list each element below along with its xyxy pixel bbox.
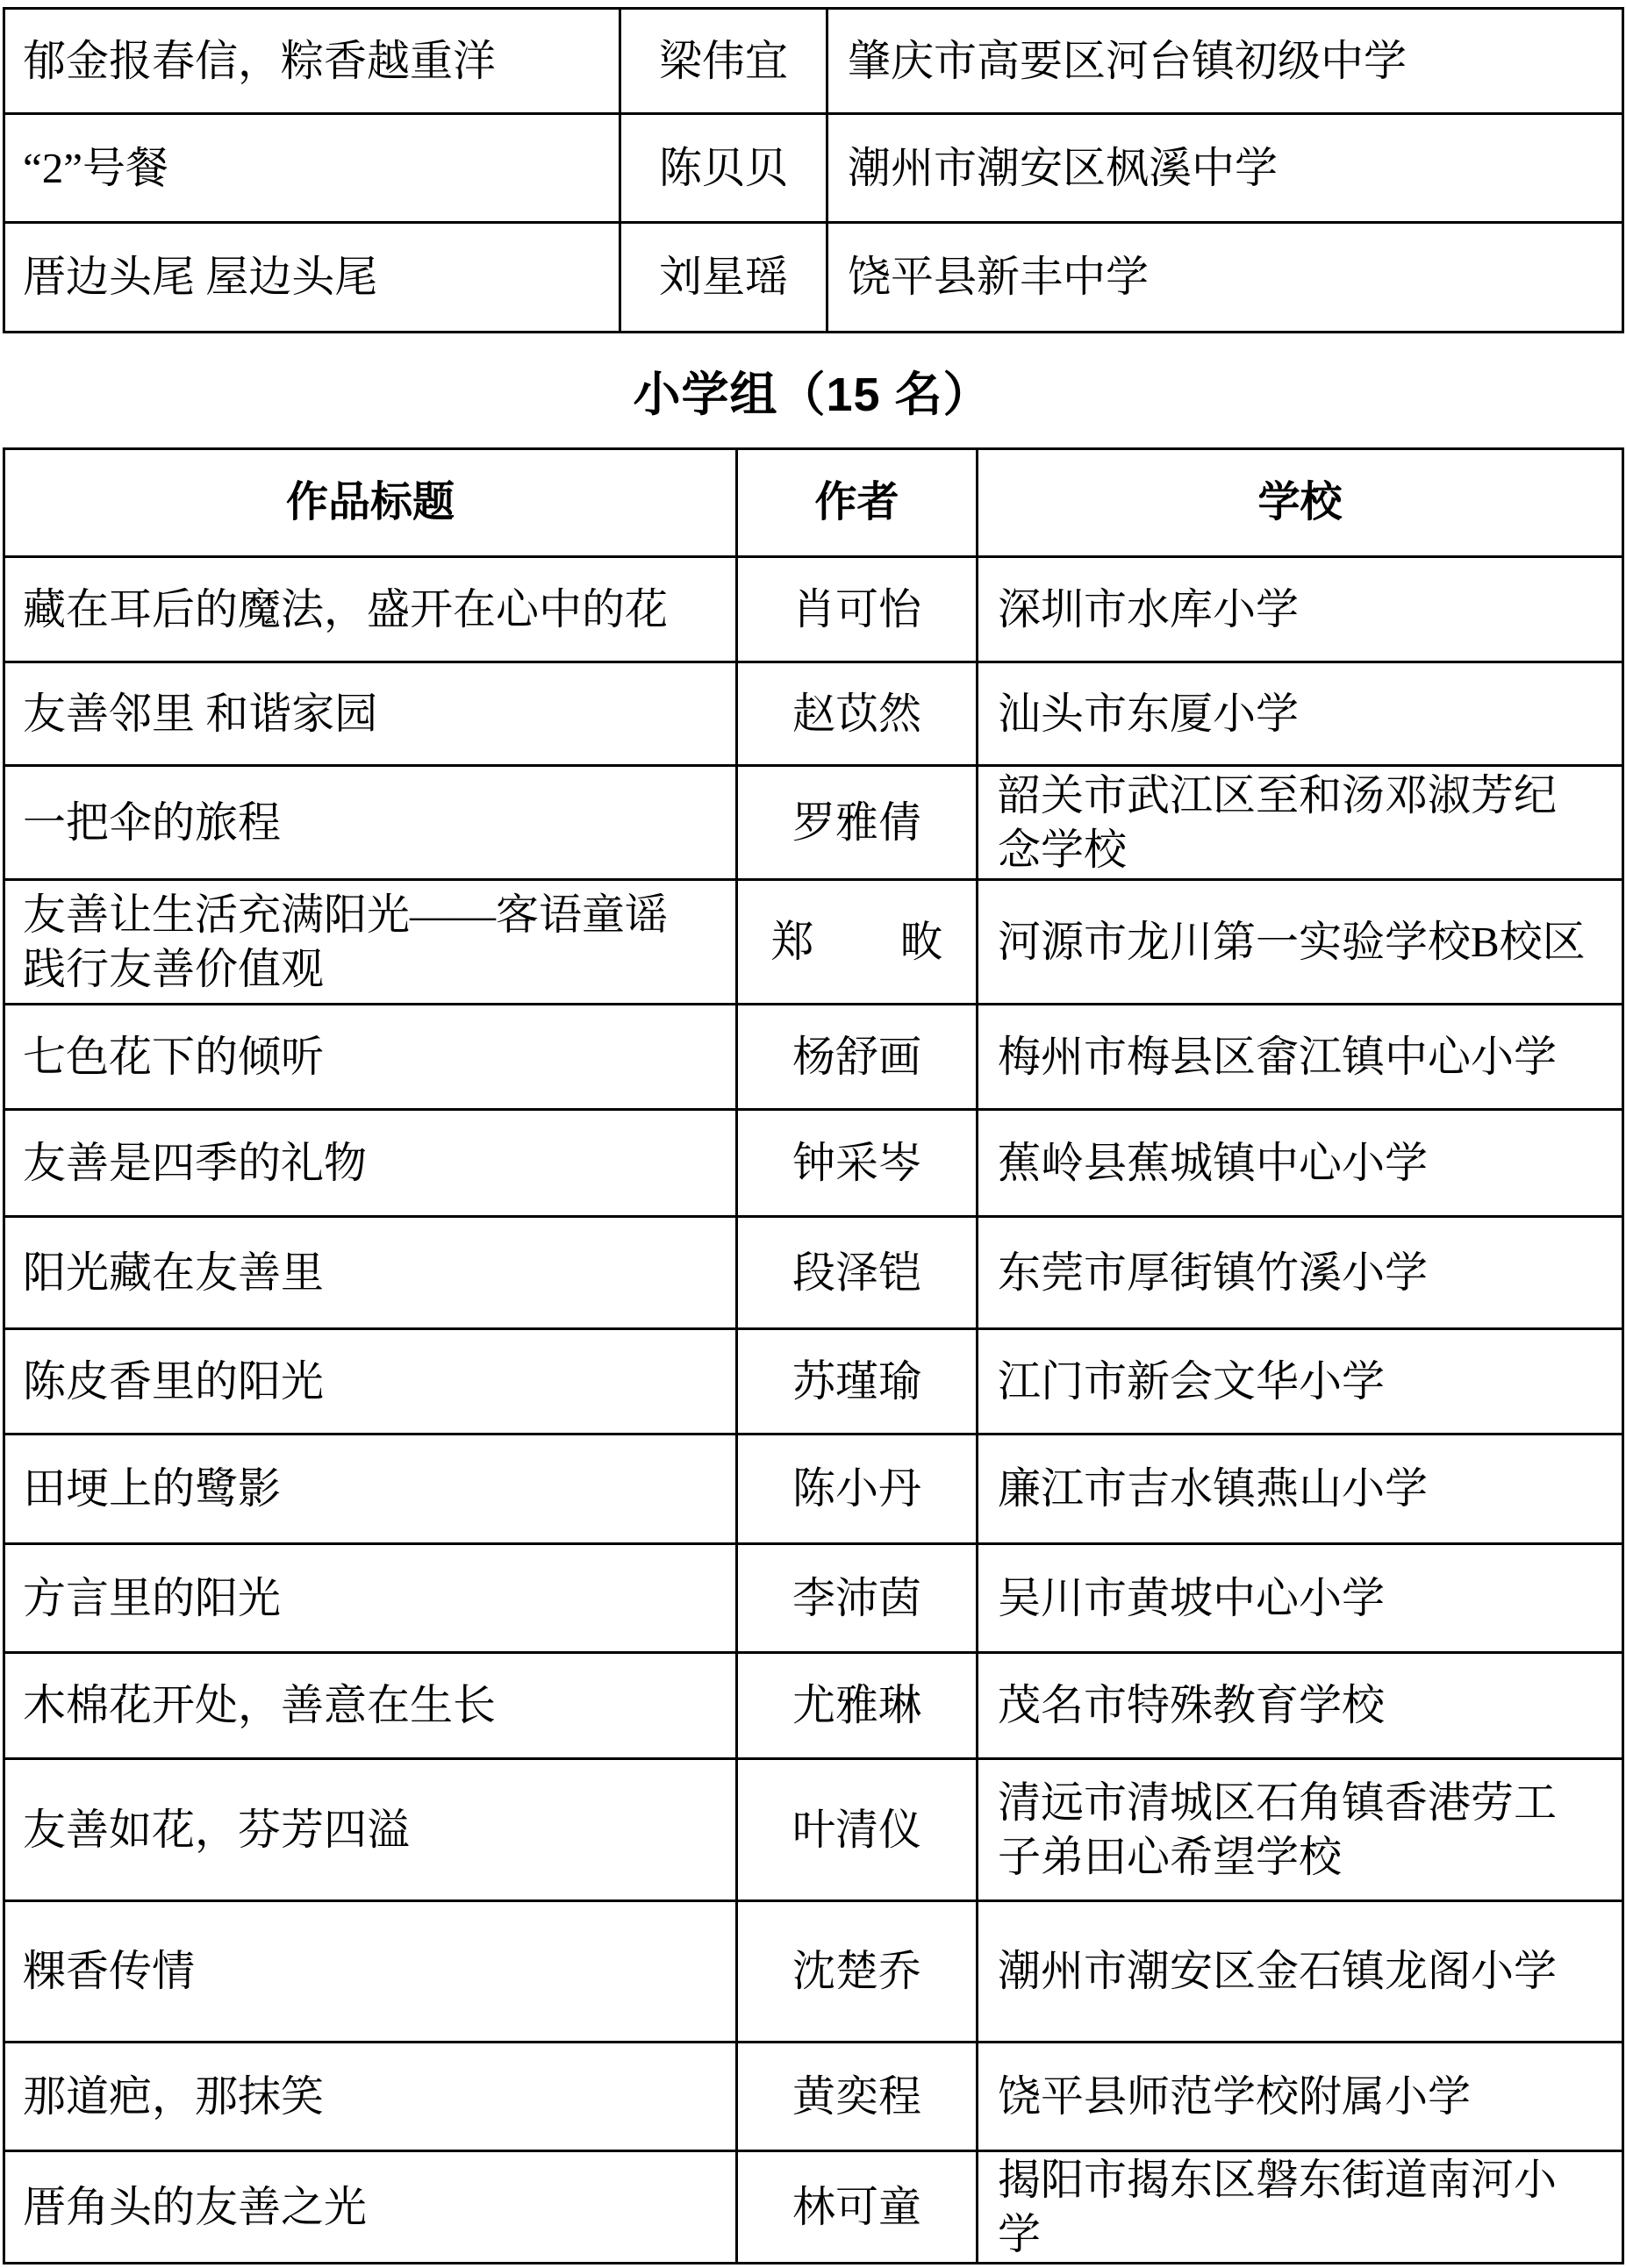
table-row: “2”号餐 陈贝贝 潮州市潮安区枫溪中学	[4, 114, 1623, 223]
school-cell: 揭阳市揭东区磐东街道南河小学	[978, 2151, 1623, 2264]
author-cell: 杨舒画	[737, 1005, 978, 1110]
table-row: 友善邻里 和谐家园 赵苡然 汕头市东厦小学	[4, 662, 1623, 766]
author-cell: 陈小丹	[737, 1434, 978, 1544]
section-title: 小学组（15 名）	[3, 333, 1622, 447]
table-row: 田埂上的鹭影 陈小丹 廉江市吉水镇燕山小学	[4, 1434, 1623, 1544]
table-row: 阳光藏在友善里 段泽铠 东莞市厚街镇竹溪小学	[4, 1217, 1623, 1329]
school-cell: 河源市龙川第一实验学校B校区	[978, 880, 1623, 1005]
school-cell: 梅州市梅县区畲江镇中心小学	[978, 1005, 1623, 1110]
work-title-cell: 厝边头尾 屋边头尾	[4, 223, 620, 333]
work-title-cell: 友善如花，芬芳四溢	[4, 1759, 737, 1901]
work-title-cell: 友善是四季的礼物	[4, 1110, 737, 1217]
column-header-title: 作品标题	[4, 449, 737, 557]
work-title-cell: 郁金报春信，粽香越重洋	[4, 9, 620, 114]
school-cell: 韶关市武江区至和汤邓淑芳纪念学校	[978, 766, 1623, 880]
author-cell: 钟采岑	[737, 1110, 978, 1217]
school-cell: 潮州市潮安区金石镇龙阁小学	[978, 1901, 1623, 2043]
author-cell: 罗雅倩	[737, 766, 978, 880]
work-title-cell: “2”号餐	[4, 114, 620, 223]
work-title-cell: 藏在耳后的魔法，盛开在心中的花	[4, 557, 737, 662]
page-content: 郁金报春信，粽香越重洋 梁伟宜 肇庆市高要区河台镇初级中学 “2”号餐 陈贝贝 …	[0, 0, 1626, 2264]
school-cell: 饶平县师范学校附属小学	[978, 2043, 1623, 2151]
table-row: 木棉花开处，善意在生长 尤雅琳 茂名市特殊教育学校	[4, 1653, 1623, 1759]
work-title-cell: 粿香传情	[4, 1901, 737, 2043]
work-title-cell: 厝角头的友善之光	[4, 2151, 737, 2264]
work-title-cell: 方言里的阳光	[4, 1544, 737, 1653]
work-title-cell: 阳光藏在友善里	[4, 1217, 737, 1329]
table-row: 友善让生活充满阳光——客语童谣践行友善价值观 郑 畋 河源市龙川第一实验学校B校…	[4, 880, 1623, 1005]
author-cell: 尤雅琳	[737, 1653, 978, 1759]
column-header-school: 学校	[978, 449, 1623, 557]
table-row: 藏在耳后的魔法，盛开在心中的花 肖可怡 深圳市水库小学	[4, 557, 1623, 662]
author-cell: 肖可怡	[737, 557, 978, 662]
document-page: 郁金报春信，粽香越重洋 梁伟宜 肇庆市高要区河台镇初级中学 “2”号餐 陈贝贝 …	[0, 0, 1626, 2268]
school-cell: 肇庆市高要区河台镇初级中学	[827, 9, 1623, 114]
table-row: 那道疤，那抹笑 黄奕程 饶平县师范学校附属小学	[4, 2043, 1623, 2151]
school-cell: 蕉岭县蕉城镇中心小学	[978, 1110, 1623, 1217]
author-cell: 李沛茵	[737, 1544, 978, 1653]
table-row: 粿香传情 沈楚乔 潮州市潮安区金石镇龙阁小学	[4, 1901, 1623, 2043]
school-cell: 潮州市潮安区枫溪中学	[827, 114, 1623, 223]
author-cell: 黄奕程	[737, 2043, 978, 2151]
table-row: 方言里的阳光 李沛茵 吴川市黄坡中心小学	[4, 1544, 1623, 1653]
author-cell: 陈贝贝	[620, 114, 827, 223]
work-title-cell: 一把伞的旅程	[4, 766, 737, 880]
top-table: 郁金报春信，粽香越重洋 梁伟宜 肇庆市高要区河台镇初级中学 “2”号餐 陈贝贝 …	[3, 7, 1624, 333]
table-row: 郁金报春信，粽香越重洋 梁伟宜 肇庆市高要区河台镇初级中学	[4, 9, 1623, 114]
table-row: 一把伞的旅程 罗雅倩 韶关市武江区至和汤邓淑芳纪念学校	[4, 766, 1623, 880]
author-cell: 林可童	[737, 2151, 978, 2264]
table-header-row: 作品标题 作者 学校	[4, 449, 1623, 557]
work-title-cell: 友善邻里 和谐家园	[4, 662, 737, 766]
author-cell: 郑 畋	[737, 880, 978, 1005]
author-cell: 段泽铠	[737, 1217, 978, 1329]
school-cell: 廉江市吉水镇燕山小学	[978, 1434, 1623, 1544]
author-cell: 刘星瑶	[620, 223, 827, 333]
primary-school-table: 作品标题 作者 学校 藏在耳后的魔法，盛开在心中的花 肖可怡 深圳市水库小学 友…	[3, 447, 1624, 2264]
school-cell: 江门市新会文华小学	[978, 1329, 1623, 1434]
work-title-cell: 木棉花开处，善意在生长	[4, 1653, 737, 1759]
table-row: 友善如花，芬芳四溢 叶清仪 清远市清城区石角镇香港劳工子弟田心希望学校	[4, 1759, 1623, 1901]
table-row: 七色花下的倾听 杨舒画 梅州市梅县区畲江镇中心小学	[4, 1005, 1623, 1110]
table-row: 友善是四季的礼物 钟采岑 蕉岭县蕉城镇中心小学	[4, 1110, 1623, 1217]
work-title-cell: 那道疤，那抹笑	[4, 2043, 737, 2151]
school-cell: 深圳市水库小学	[978, 557, 1623, 662]
work-title-cell: 友善让生活充满阳光——客语童谣践行友善价值观	[4, 880, 737, 1005]
school-cell: 茂名市特殊教育学校	[978, 1653, 1623, 1759]
author-cell: 苏瑾瑜	[737, 1329, 978, 1434]
school-cell: 清远市清城区石角镇香港劳工子弟田心希望学校	[978, 1759, 1623, 1901]
author-cell: 叶清仪	[737, 1759, 978, 1901]
author-cell: 赵苡然	[737, 662, 978, 766]
table-row: 厝边头尾 屋边头尾 刘星瑶 饶平县新丰中学	[4, 223, 1623, 333]
table-row: 厝角头的友善之光 林可童 揭阳市揭东区磐东街道南河小学	[4, 2151, 1623, 2264]
author-cell: 沈楚乔	[737, 1901, 978, 2043]
column-header-author: 作者	[737, 449, 978, 557]
school-cell: 汕头市东厦小学	[978, 662, 1623, 766]
school-cell: 吴川市黄坡中心小学	[978, 1544, 1623, 1653]
work-title-cell: 陈皮香里的阳光	[4, 1329, 737, 1434]
work-title-cell: 田埂上的鹭影	[4, 1434, 737, 1544]
table-row: 陈皮香里的阳光 苏瑾瑜 江门市新会文华小学	[4, 1329, 1623, 1434]
school-cell: 东莞市厚街镇竹溪小学	[978, 1217, 1623, 1329]
author-cell: 梁伟宜	[620, 9, 827, 114]
work-title-cell: 七色花下的倾听	[4, 1005, 737, 1110]
school-cell: 饶平县新丰中学	[827, 223, 1623, 333]
